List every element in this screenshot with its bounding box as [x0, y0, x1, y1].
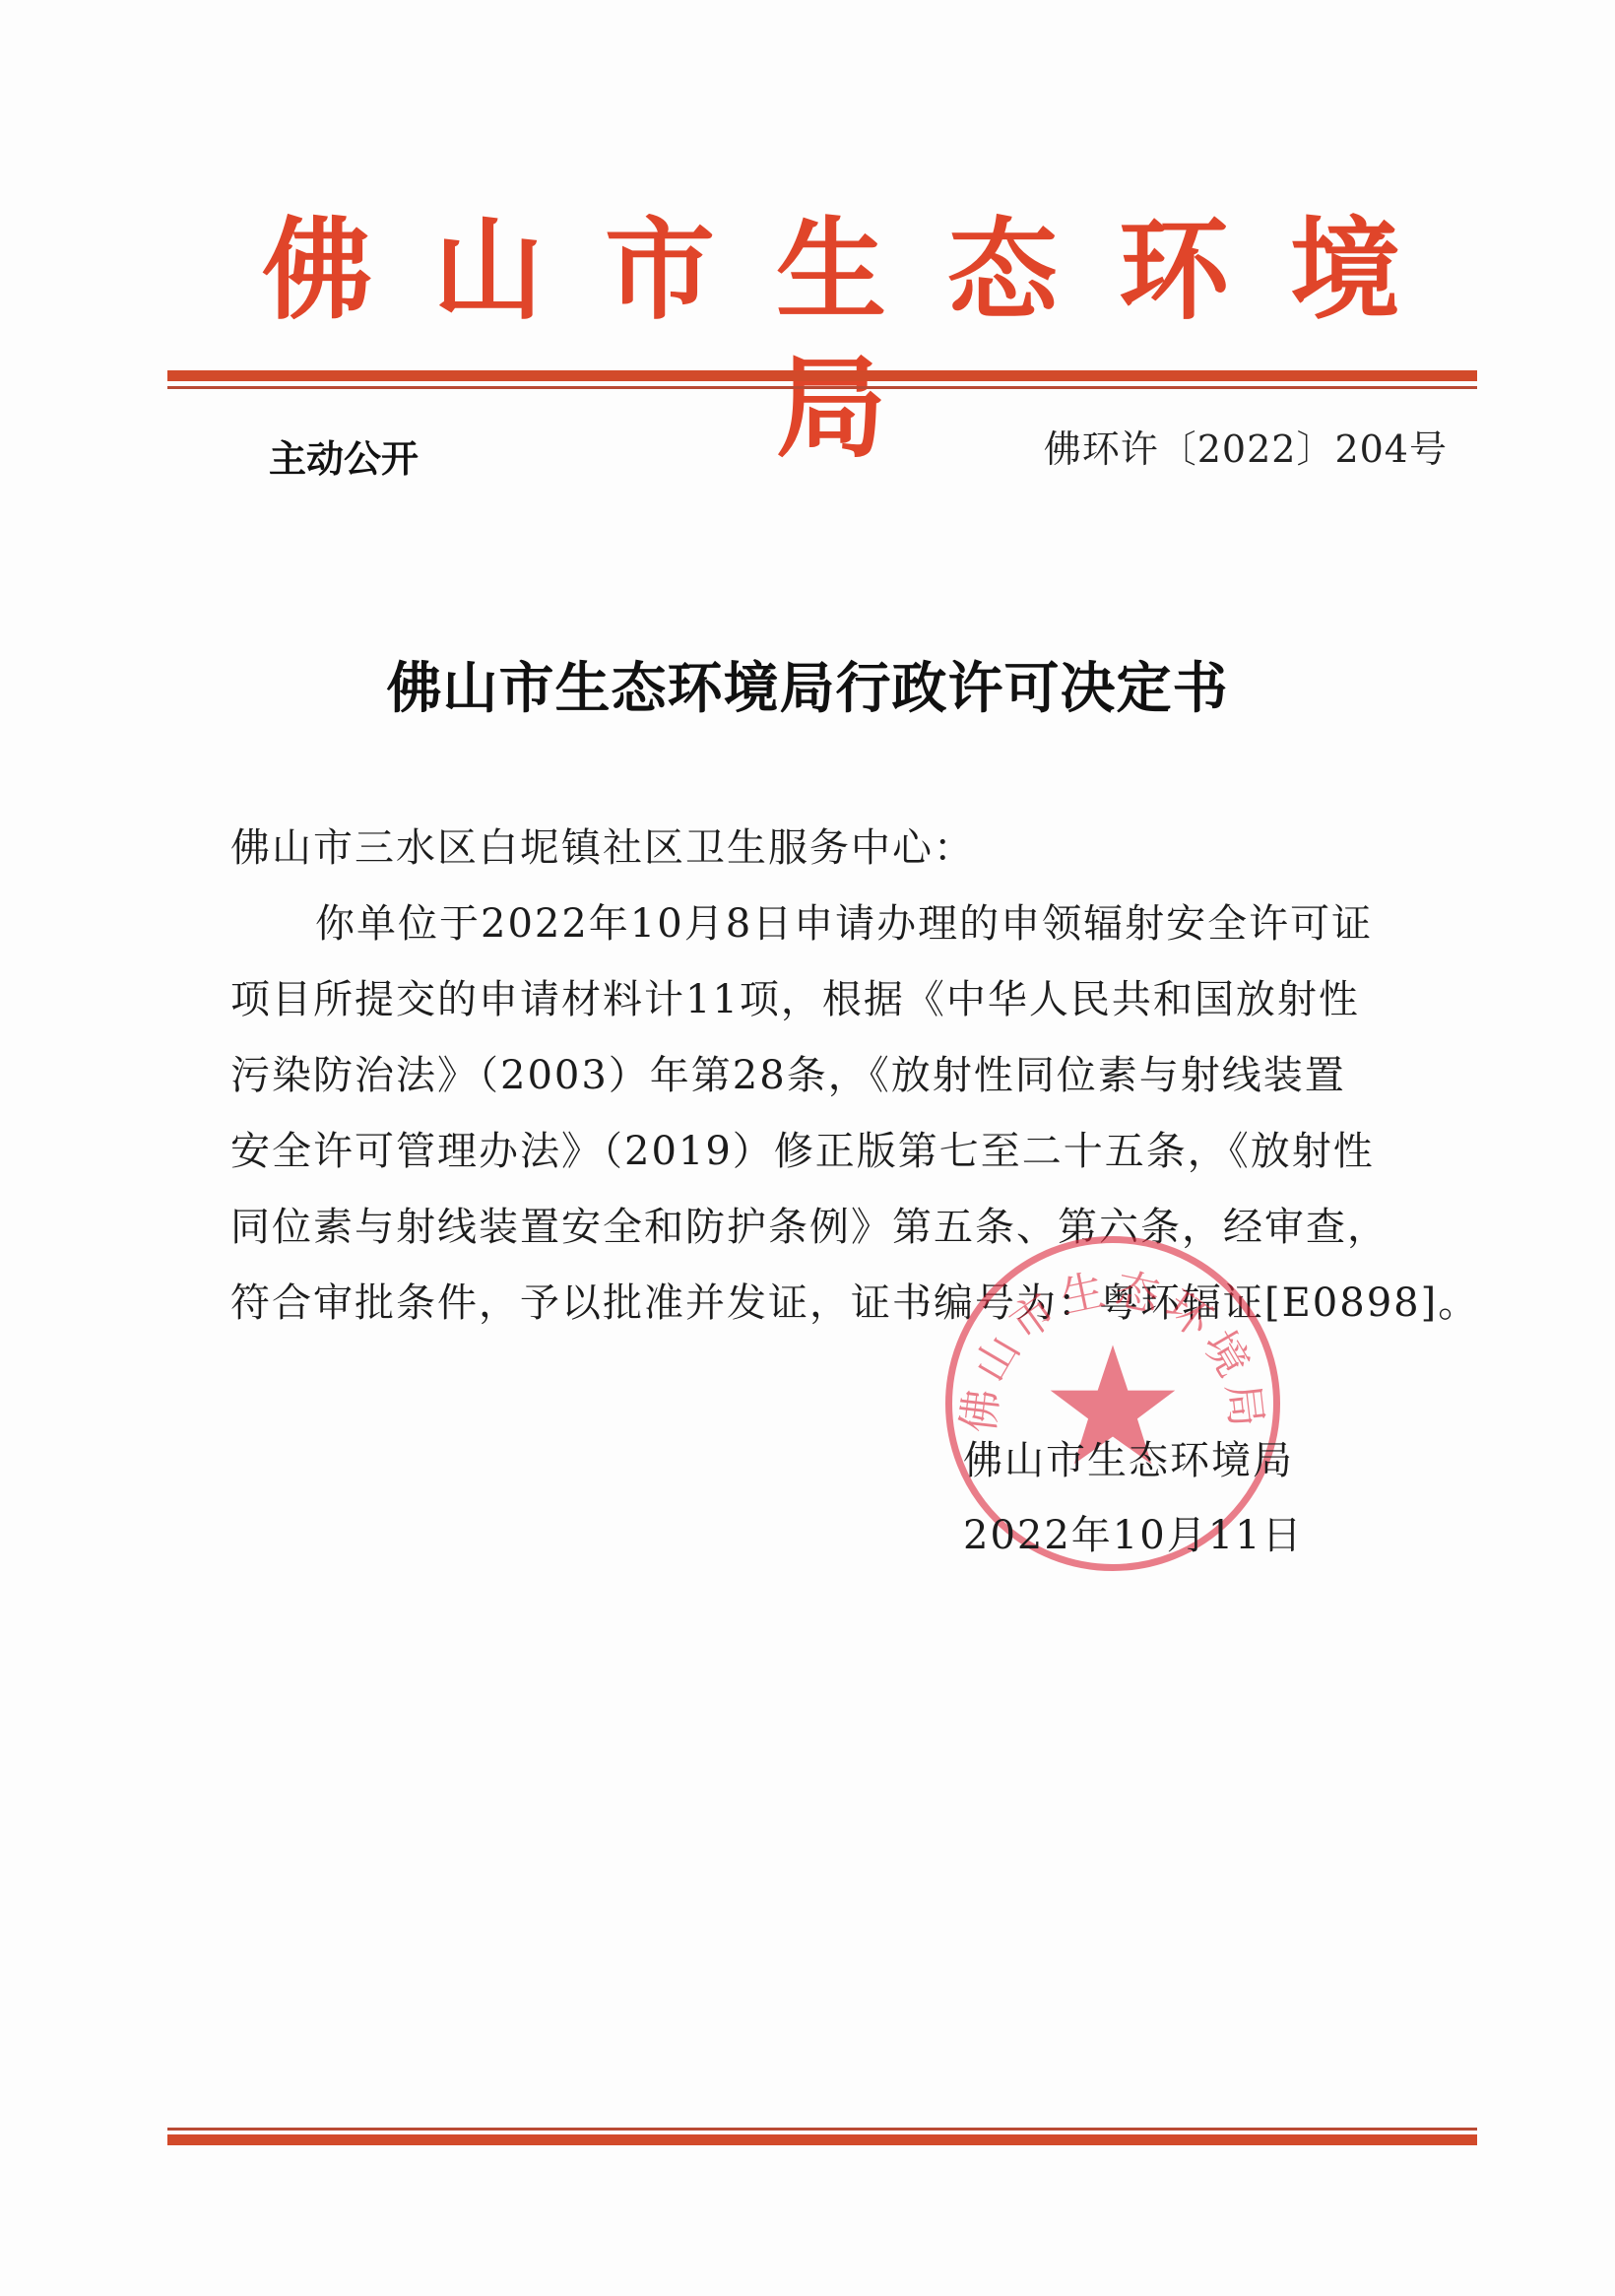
- masthead-divider: [167, 370, 1477, 390]
- disclosure-label: 主动公开: [269, 428, 419, 483]
- body-line: 污染防治法》（2003）年第28条，《放射性同位素与射线装置: [230, 1038, 1452, 1114]
- addressee: 佛山市三水区白坭镇社区卫生服务中心：: [230, 811, 1452, 886]
- body-line: 你单位于2022年10月8日申请办理的申领辐射安全许可证: [230, 886, 1452, 962]
- issuer-name: 佛山市生态环境局: [963, 1423, 1304, 1498]
- divider-thick-line: [167, 2134, 1477, 2145]
- body-line: 项目所提交的申请材料计11项，根据《中华人民共和国放射性: [230, 962, 1452, 1038]
- signature-block: 佛山市生态环境局 2022年10月11日: [963, 1423, 1304, 1573]
- body-line: 安全许可管理办法》（2019）修正版第七至二十五条，《放射性: [230, 1114, 1452, 1190]
- issue-date: 2022年10月11日: [963, 1498, 1304, 1573]
- footer-divider: [167, 2128, 1477, 2147]
- divider-thick-line: [167, 370, 1477, 381]
- divider-thin-line: [167, 386, 1477, 389]
- divider-thin-line: [167, 2128, 1477, 2131]
- document-title: 佛山市生态环境局行政许可决定书: [0, 645, 1615, 724]
- document-number: 佛环许〔2022〕204号: [1044, 419, 1448, 473]
